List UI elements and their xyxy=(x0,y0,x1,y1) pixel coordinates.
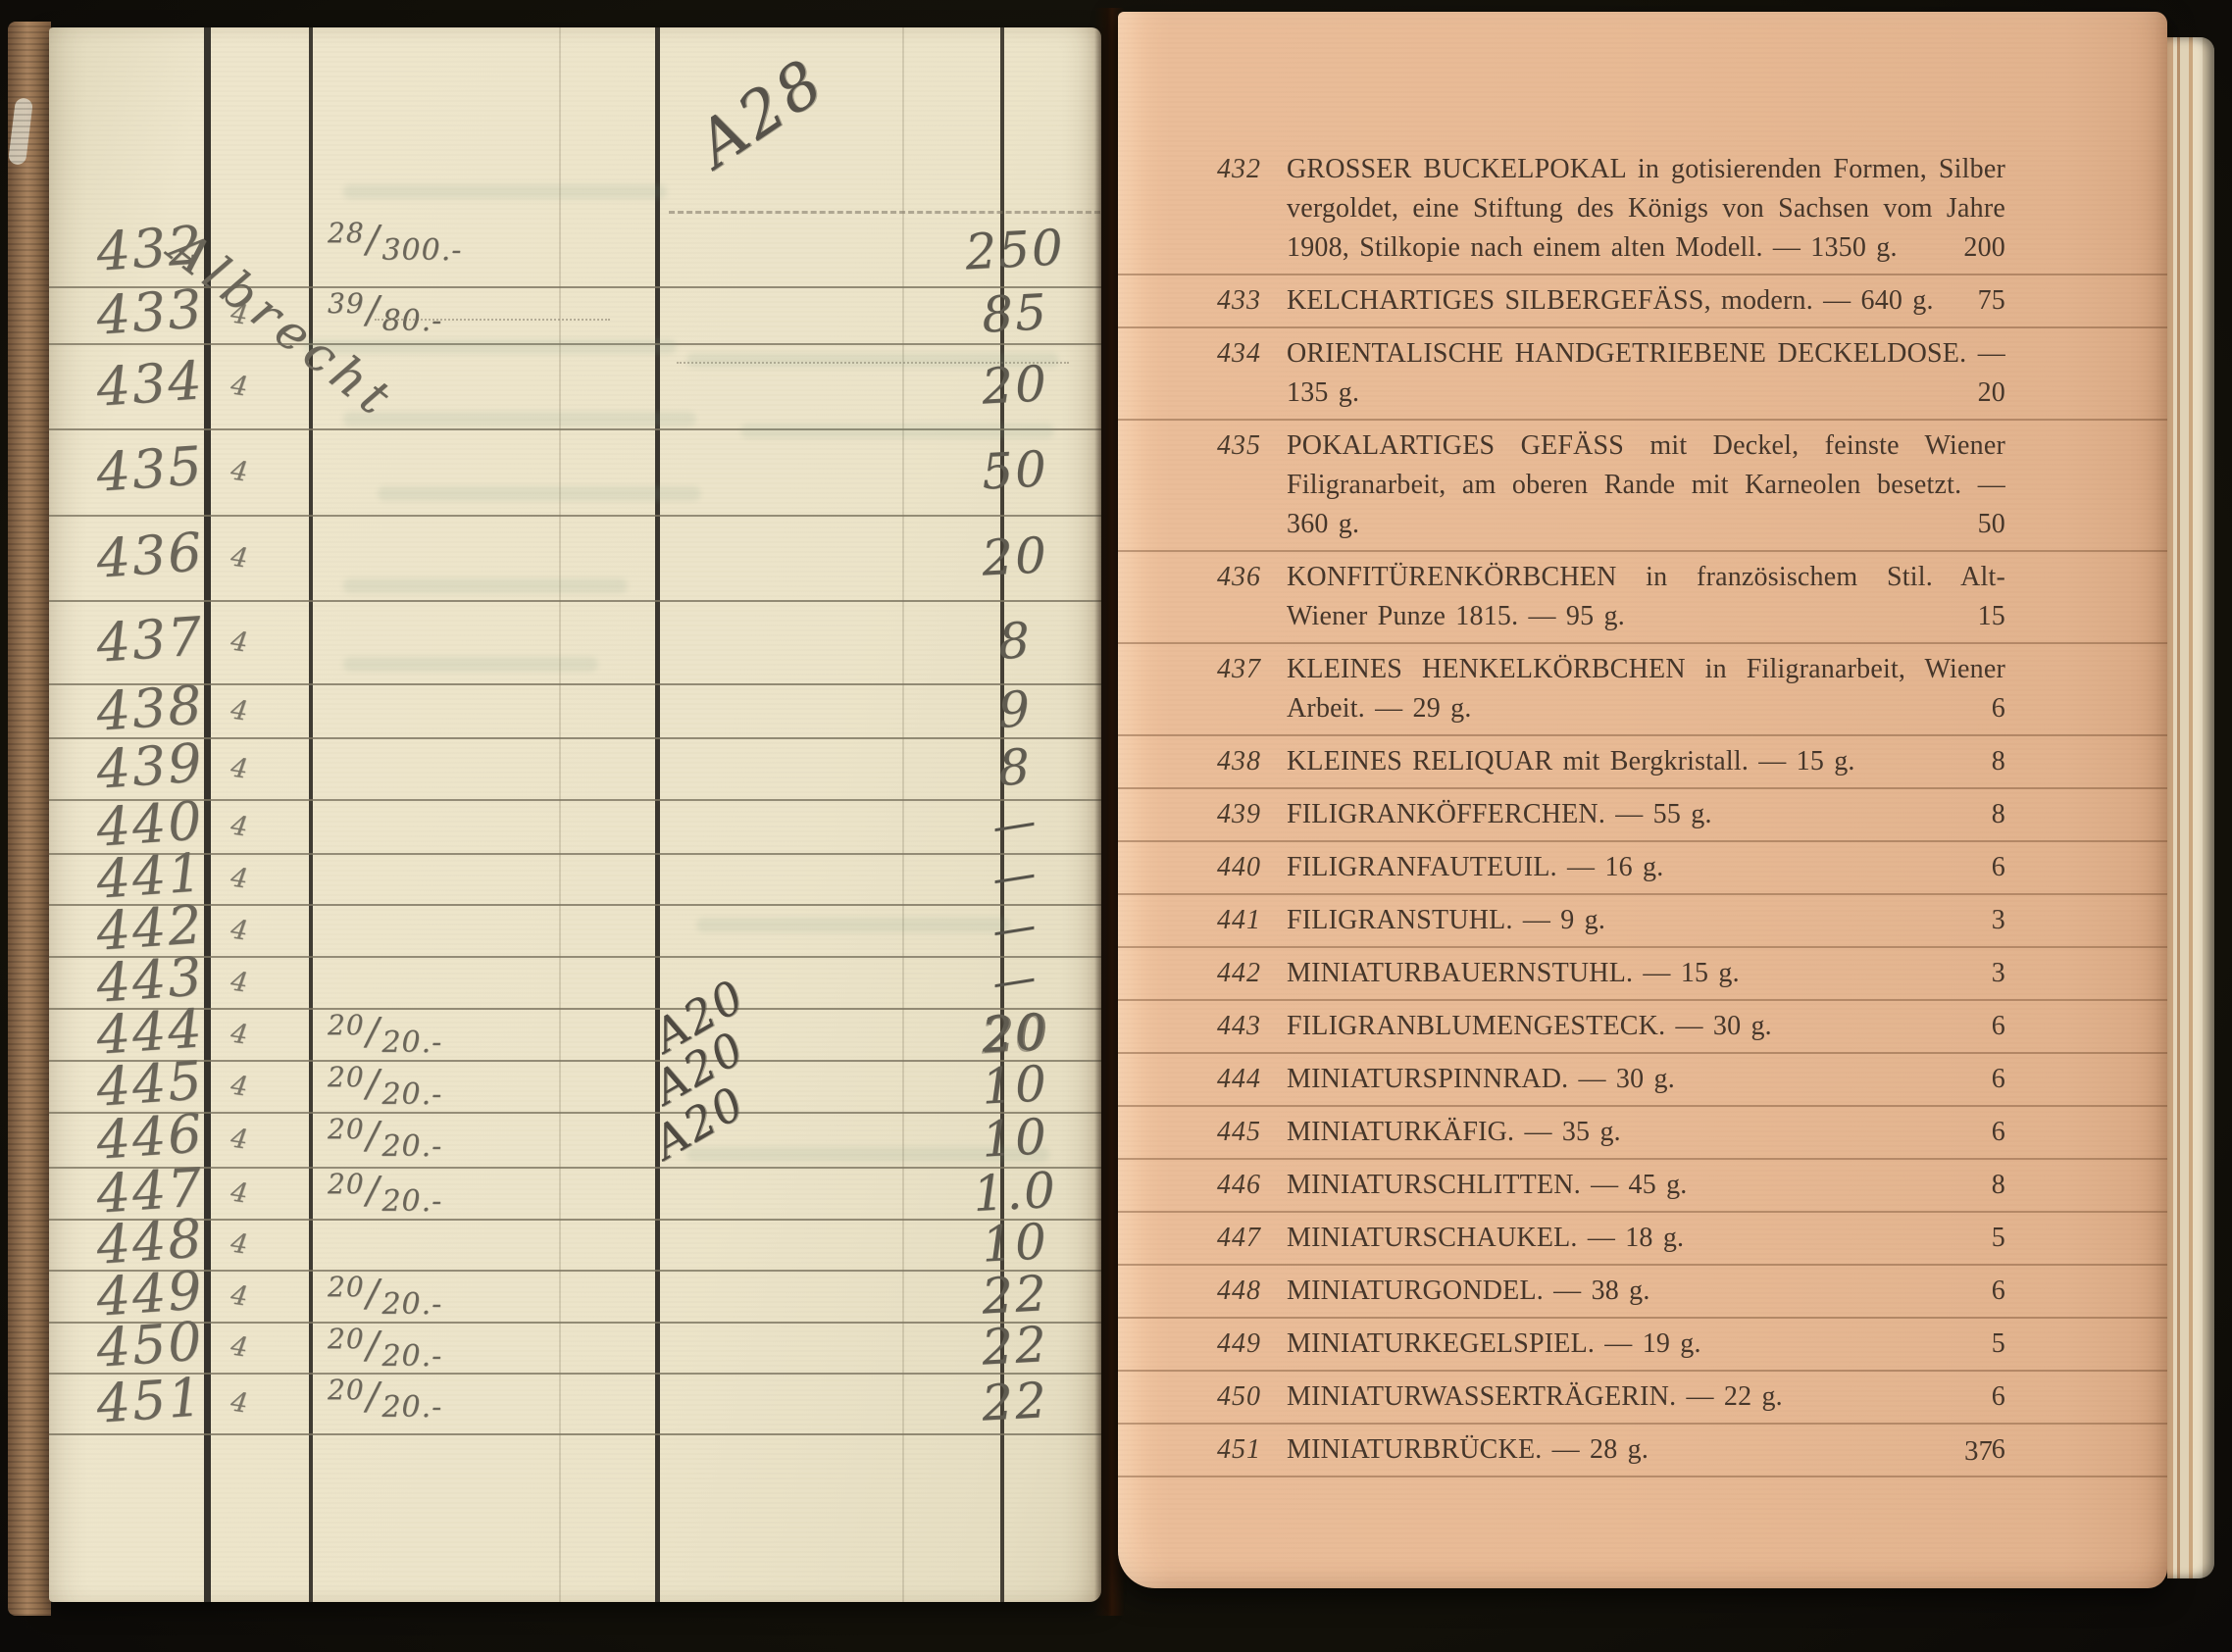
entry-price: 20 xyxy=(1978,374,2005,413)
price-fraction: 20/20.- xyxy=(328,1114,442,1157)
entry-description: FILIGRANBLUMENGESTECK. — 30 g.6 xyxy=(1287,1007,2005,1046)
entry-lot-number: 446 xyxy=(1206,1166,1261,1205)
fraction-numerator: 28 xyxy=(328,217,365,249)
ditto-mark: 4 xyxy=(216,964,263,1000)
entry-price: 6 xyxy=(1992,689,2005,728)
catalog-entry: 449 MINIATURKEGELSPIEL. — 19 g.5 xyxy=(1118,1319,2167,1372)
handwritten-price: 20 xyxy=(931,524,1100,589)
entry-text: MINIATURSCHLITTEN. — 45 g. xyxy=(1287,1170,1688,1200)
catalog-entry: 450 MINIATURWASSERTRÄGERIN. — 22 g.6 xyxy=(1118,1372,2167,1425)
fraction-denominator: 80.- xyxy=(381,304,442,338)
entry-text: KLEINES RELIQUAR mit Bergkristall. — 15 … xyxy=(1287,746,1855,776)
fraction-denominator: 20.- xyxy=(381,1287,442,1322)
catalog-entry: 439 FILIGRANKÖFFERCHEN. — 55 g.8 xyxy=(1118,789,2167,842)
catalog-entry: 451 MINIATURBRÜCKE. — 28 g.6 xyxy=(1118,1425,2167,1477)
entry-lot-number: 437 xyxy=(1206,650,1261,728)
entry-lot-number: 433 xyxy=(1206,281,1261,321)
ledger-page: 432 28/300.- 250 433 4 39/80.- 85 434 4 … xyxy=(49,27,1101,1602)
catalog-entry: 441 FILIGRANSTUHL. — 9 g.3 xyxy=(1118,895,2167,948)
entry-price: 6 xyxy=(1992,1007,2005,1046)
entry-lot-number: 443 xyxy=(1206,1007,1261,1046)
catalog-entry: 436 KONFITÜRENKÖRBCHEN in französischem … xyxy=(1118,552,2167,644)
entry-text: MINIATURBAUERNSTUHL. — 15 g. xyxy=(1287,958,1740,988)
ledger-row: 434 4 20 xyxy=(49,343,1101,428)
entry-text: MINIATURWASSERTRÄGERIN. — 22 g. xyxy=(1287,1381,1783,1412)
entry-description: FILIGRANKÖFFERCHEN. — 55 g.8 xyxy=(1287,795,2005,834)
entry-text: MINIATURGONDEL. — 38 g. xyxy=(1287,1276,1650,1306)
entry-text: FILIGRANKÖFFERCHEN. — 55 g. xyxy=(1287,799,1712,829)
entry-description: KONFITÜRENKÖRBCHEN in französischem Stil… xyxy=(1287,558,2005,636)
entry-text: KLEINES HENKELKÖRBCHEN in Filigranarbeit… xyxy=(1287,654,2005,724)
entry-text: FILIGRANFAUTEUIL. — 16 g. xyxy=(1287,852,1663,882)
ditto-mark: 4 xyxy=(216,808,263,844)
fraction-denominator: 300.- xyxy=(381,233,462,268)
entry-text: MINIATURSPINNRAD. — 30 g. xyxy=(1287,1064,1675,1094)
entry-description: MINIATURSPINNRAD. — 30 g.6 xyxy=(1287,1060,2005,1099)
catalog-entry: 444 MINIATURSPINNRAD. — 30 g.6 xyxy=(1118,1054,2167,1107)
catalog-entry: 448 MINIATURGONDEL. — 38 g.6 xyxy=(1118,1266,2167,1319)
fraction-denominator: 20.- xyxy=(381,1026,442,1060)
entry-text: MINIATURSCHAUKEL. — 18 g. xyxy=(1287,1223,1684,1253)
ditto-mark: 4 xyxy=(216,454,263,490)
ledger-dotted-line xyxy=(669,211,1100,214)
catalog-entry: 432 GROSSER BUCKELPOKAL in gotisierenden… xyxy=(1118,144,2167,275)
entry-price: 15 xyxy=(1978,597,2005,636)
handwritten-price: 22 xyxy=(931,1369,1100,1434)
fraction-denominator: 20.- xyxy=(381,1077,442,1112)
entry-lot-number: 435 xyxy=(1206,426,1261,544)
entry-description: POKALARTIGES GEFÄSS mit Deckel, feinste … xyxy=(1287,426,2005,544)
ditto-mark: 4 xyxy=(216,750,263,786)
ditto-mark: 4 xyxy=(216,1122,263,1158)
book-scan: 432 28/300.- 250 433 4 39/80.- 85 434 4 … xyxy=(0,0,2232,1652)
entry-price: 8 xyxy=(1992,742,2005,781)
entry-lot-number: 444 xyxy=(1206,1060,1261,1099)
handwritten-price: 250 xyxy=(931,217,1100,282)
entry-price: 8 xyxy=(1992,795,2005,834)
fraction-denominator: 20.- xyxy=(381,1339,442,1374)
price-fraction: 20/20.- xyxy=(328,1062,442,1105)
catalog-entry: 435 POKALARTIGES GEFÄSS mit Deckel, fein… xyxy=(1118,421,2167,552)
price-fraction: 20/20.- xyxy=(328,1375,442,1418)
entry-description: KLEINES HENKELKÖRBCHEN in Filigranarbeit… xyxy=(1287,650,2005,728)
fraction-slash: / xyxy=(365,1010,382,1053)
ditto-mark: 4 xyxy=(216,1016,263,1052)
entry-description: GROSSER BUCKELPOKAL in gotisierenden For… xyxy=(1287,150,2005,268)
entry-text: MINIATURKÄFIG. — 35 g. xyxy=(1287,1117,1621,1147)
handwritten-price: 50 xyxy=(931,437,1100,503)
fraction-numerator: 20 xyxy=(328,1113,365,1145)
entry-text: POKALARTIGES GEFÄSS mit Deckel, feinste … xyxy=(1287,430,2005,539)
ditto-mark: 4 xyxy=(216,1175,263,1211)
entry-lot-number: 445 xyxy=(1206,1113,1261,1152)
handwritten-price: 85 xyxy=(931,280,1100,346)
ditto-mark: 4 xyxy=(216,1277,263,1314)
catalog-entry: 437 KLEINES HENKELKÖRBCHEN in Filigranar… xyxy=(1118,644,2167,736)
entry-price: 6 xyxy=(1992,848,2005,887)
ledger-row: 436 4 20 xyxy=(49,515,1101,600)
paper-speck xyxy=(8,97,33,166)
fraction-slash: / xyxy=(365,1169,382,1212)
ditto-mark: 4 xyxy=(216,861,263,897)
ditto-mark: 4 xyxy=(216,1068,263,1104)
handwritten-price: 22 xyxy=(931,1313,1100,1378)
price-fraction: 20/20.- xyxy=(328,1010,442,1053)
entry-lot-number: 440 xyxy=(1206,848,1261,887)
entry-lot-number: 447 xyxy=(1206,1219,1261,1258)
entry-price: 6 xyxy=(1992,1060,2005,1099)
fraction-numerator: 20 xyxy=(328,1323,365,1355)
catalog-entry: 434 ORIENTALISCHE HANDGETRIEBENE DECKELD… xyxy=(1118,328,2167,421)
price-fraction: 39/80.- xyxy=(328,288,442,331)
fraction-numerator: 20 xyxy=(328,1168,365,1200)
ledger-row: 438 4 9 xyxy=(49,683,1101,737)
ditto-mark: 4 xyxy=(216,1329,263,1366)
entry-lot-number: 449 xyxy=(1206,1325,1261,1364)
fraction-numerator: 20 xyxy=(328,1061,365,1093)
fraction-denominator: 20.- xyxy=(381,1184,442,1219)
entry-price: 5 xyxy=(1992,1219,2005,1258)
entry-price: 6 xyxy=(1992,1113,2005,1152)
entry-lot-number: 448 xyxy=(1206,1272,1261,1311)
ink-bleedthrough xyxy=(343,184,667,199)
entry-description: MINIATURGONDEL. — 38 g.6 xyxy=(1287,1272,2005,1311)
entry-text: MINIATURBRÜCKE. — 28 g. xyxy=(1287,1434,1649,1465)
handwritten-price: 8 xyxy=(931,608,1100,674)
ledger-row: 451 4 20/20.- 22 xyxy=(49,1373,1101,1433)
entry-description: ORIENTALISCHE HANDGETRIEBENE DECKELDOSE.… xyxy=(1287,334,2005,413)
fraction-denominator: 20.- xyxy=(381,1390,442,1425)
entry-lot-number: 441 xyxy=(1206,901,1261,940)
fraction-numerator: 39 xyxy=(328,287,365,320)
catalog-entry: 440 FILIGRANFAUTEUIL. — 16 g.6 xyxy=(1118,842,2167,895)
catalog-entry: 442 MINIATURBAUERNSTUHL. — 15 g.3 xyxy=(1118,948,2167,1001)
fraction-numerator: 20 xyxy=(328,1009,365,1041)
entry-description: MINIATURWASSERTRÄGERIN. — 22 g.6 xyxy=(1287,1377,2005,1417)
lot-number: 435 xyxy=(84,434,216,505)
fraction-numerator: 20 xyxy=(328,1374,365,1406)
ledger-row: 437 4 8 xyxy=(49,600,1101,683)
price-fraction: 20/20.- xyxy=(328,1272,442,1315)
entry-lot-number: 451 xyxy=(1206,1430,1261,1470)
lot-number: 436 xyxy=(84,520,216,590)
ledger-row: 435 4 50 xyxy=(49,428,1101,515)
entry-text: ORIENTALISCHE HANDGETRIEBENE DECKELDOSE.… xyxy=(1287,338,2005,408)
fraction-slash: / xyxy=(365,1272,382,1315)
entry-text: GROSSER BUCKELPOKAL in gotisierenden For… xyxy=(1287,154,2005,263)
catalog-entry: 433 KELCHARTIGES SILBERGEFÄSS, modern. —… xyxy=(1118,275,2167,328)
entry-lot-number: 438 xyxy=(1206,742,1261,781)
entry-description: MINIATURSCHAUKEL. — 18 g.5 xyxy=(1287,1219,2005,1258)
fraction-numerator: 20 xyxy=(328,1271,365,1303)
fraction-slash: / xyxy=(365,1114,382,1157)
entry-price: 3 xyxy=(1992,954,2005,993)
handwritten-price: 20 xyxy=(931,352,1100,418)
ditto-mark: 4 xyxy=(216,1226,263,1263)
price-fraction: 20/20.- xyxy=(328,1324,442,1367)
lot-number: 434 xyxy=(84,348,216,419)
price-fraction: 20/20.- xyxy=(328,1169,442,1212)
catalog-entry: 438 KLEINES RELIQUAR mit Bergkristall. —… xyxy=(1118,736,2167,789)
entry-price: 6 xyxy=(1992,1430,2005,1470)
book-spine-edge xyxy=(8,22,51,1616)
entry-lot-number: 442 xyxy=(1206,954,1261,993)
entry-description: MINIATURKEGELSPIEL. — 19 g.5 xyxy=(1287,1325,2005,1364)
catalog-entries: 432 GROSSER BUCKELPOKAL in gotisierenden… xyxy=(1118,12,2167,1477)
ditto-mark: 4 xyxy=(216,692,263,728)
corner-annotation: A28 xyxy=(685,45,838,181)
entry-price: 3 xyxy=(1992,901,2005,940)
entry-text: KONFITÜRENKÖRBCHEN in französischem Stil… xyxy=(1287,562,2005,631)
catalog-entry: 443 FILIGRANBLUMENGESTECK. — 30 g.6 xyxy=(1118,1001,2167,1054)
fraction-slash: / xyxy=(365,288,382,331)
lot-number: 437 xyxy=(84,604,216,675)
fraction-denominator: 20.- xyxy=(381,1129,442,1164)
entry-description: FILIGRANFAUTEUIL. — 16 g.6 xyxy=(1287,848,2005,887)
catalog-entry: 447 MINIATURSCHAUKEL. — 18 g.5 xyxy=(1118,1213,2167,1266)
catalog-entry: 446 MINIATURSCHLITTEN. — 45 g.8 xyxy=(1118,1160,2167,1213)
page-number: 37 xyxy=(1964,1435,1993,1468)
fraction-slash: / xyxy=(365,218,382,261)
fraction-slash: / xyxy=(365,1375,382,1418)
fraction-slash: / xyxy=(365,1324,382,1367)
entry-text: FILIGRANSTUHL. — 9 g. xyxy=(1287,905,1605,935)
entry-description: MINIATURBRÜCKE. — 28 g.6 xyxy=(1287,1430,2005,1470)
ditto-mark: 4 xyxy=(216,368,263,404)
entry-price: 50 xyxy=(1978,505,2005,544)
entry-lot-number: 436 xyxy=(1206,558,1261,636)
ditto-mark: 4 xyxy=(216,912,263,948)
entry-text: MINIATURKEGELSPIEL. — 19 g. xyxy=(1287,1328,1701,1359)
entry-lot-number: 450 xyxy=(1206,1377,1261,1417)
entry-lot-number: 439 xyxy=(1206,795,1261,834)
catalog-page: 432 GROSSER BUCKELPOKAL in gotisierenden… xyxy=(1118,12,2167,1588)
entry-price: 8 xyxy=(1992,1166,2005,1205)
ditto-mark: 4 xyxy=(216,1385,263,1422)
entry-description: KELCHARTIGES SILBERGEFÄSS, modern. — 640… xyxy=(1287,281,2005,321)
entry-price: 6 xyxy=(1992,1272,2005,1311)
ditto-mark: 4 xyxy=(216,539,263,576)
fraction-slash: / xyxy=(365,1062,382,1105)
entry-price: 200 xyxy=(1963,228,2005,268)
entry-text: FILIGRANBLUMENGESTECK. — 30 g. xyxy=(1287,1011,1772,1041)
ditto-mark: 4 xyxy=(216,624,263,660)
entry-price: 5 xyxy=(1992,1325,2005,1364)
page-edge-stack xyxy=(2167,37,2214,1578)
entry-description: MINIATURBAUERNSTUHL. — 15 g.3 xyxy=(1287,954,2005,993)
entry-text: KELCHARTIGES SILBERGEFÄSS, modern. — 640… xyxy=(1287,285,1934,316)
catalog-entry: 445 MINIATURKÄFIG. — 35 g.6 xyxy=(1118,1107,2167,1160)
entry-description: MINIATURKÄFIG. — 35 g.6 xyxy=(1287,1113,2005,1152)
entry-description: FILIGRANSTUHL. — 9 g.3 xyxy=(1287,901,2005,940)
entry-description: KLEINES RELIQUAR mit Bergkristall. — 15 … xyxy=(1287,742,2005,781)
entry-lot-number: 432 xyxy=(1206,150,1261,268)
entry-description: MINIATURSCHLITTEN. — 45 g.8 xyxy=(1287,1166,2005,1205)
lot-number: 451 xyxy=(84,1366,216,1436)
entry-price: 75 xyxy=(1978,281,2005,321)
handwritten-price: 9 xyxy=(931,676,1100,742)
entry-price: 6 xyxy=(1992,1377,2005,1417)
price-fraction: 28/300.- xyxy=(328,218,462,261)
entry-lot-number: 434 xyxy=(1206,334,1261,413)
